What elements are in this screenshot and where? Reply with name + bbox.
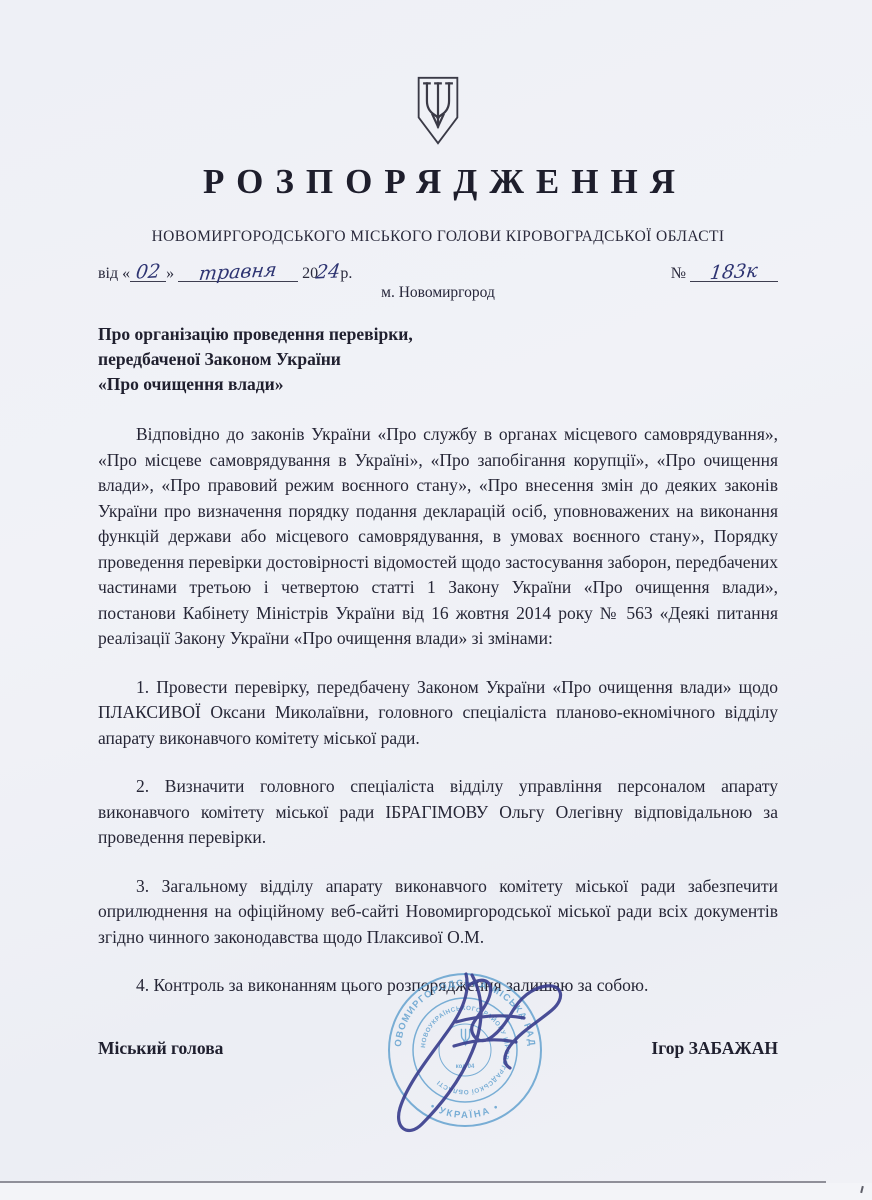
handwritten-month: травня [178, 265, 298, 282]
stamp-outer-top-text: НОВОМИРГОРОДСЬКА МІСЬКА РАДА [372, 956, 537, 1047]
scan-edge-strip [0, 1183, 872, 1200]
subject-line-3: «Про очищення влади» [98, 372, 778, 397]
item-paragraph-1: 1. Провести перевірку, передбачену Закон… [98, 675, 778, 752]
date-line: від «02» травня 2024р. [98, 261, 352, 283]
intro-paragraph: Відповідно до законів України «Про служб… [98, 422, 778, 652]
handwritten-day: 02 [130, 265, 166, 282]
svg-text:НОВОМИРГОРОДСЬКА МІСЬКА РАДА: НОВОМИРГОРОДСЬКА МІСЬКА РАДА [372, 956, 537, 1047]
scanned-document-page: РОЗПОРЯДЖЕННЯ НОВОМИРГОРОДСЬКОГО МІСЬКОГ… [0, 0, 872, 1200]
date-number-row: від «02» травня 2024р. № 183к [98, 261, 778, 283]
handwritten-number: 183к [690, 265, 778, 282]
document-content: РОЗПОРЯДЖЕННЯ НОВОМИРГОРОДСЬКОГО МІСЬКОГ… [98, 0, 778, 999]
handwritten-year: 24 [315, 260, 342, 283]
date-prefix: від « [98, 265, 130, 282]
ukraine-trident-emblem [412, 76, 464, 146]
item-paragraph-3: 3. Загальному відділу апарату виконавчог… [98, 874, 778, 951]
subject-line-2: передбаченої Законом України [98, 347, 778, 372]
document-type-title: РОЗПОРЯДЖЕННЯ [98, 162, 778, 202]
document-number: № 183к [671, 265, 778, 283]
signer-position: Міський голова [98, 1038, 223, 1059]
item-paragraph-2: 2. Визначити головного спеціаліста відді… [98, 774, 778, 851]
number-label: № [671, 265, 686, 282]
subject-line-1: Про організацію проведення перевірки, [98, 322, 778, 347]
year-suffix: р. [340, 265, 352, 282]
scan-edge-line [0, 1181, 826, 1183]
official-stamp-and-signature: НОВОМИРГОРОДСЬКА МІСЬКА РАДА • УКРАЇНА •… [372, 956, 596, 1152]
subject-block: Про організацію проведення перевірки, пе… [98, 322, 778, 397]
signer-name: Ігор ЗАБАЖАН [651, 1038, 778, 1059]
date-close-quote: » [166, 265, 174, 282]
issuing-authority-line: НОВОМИРГОРОДСЬКОГО МІСЬКОГО ГОЛОВИ КІРОВ… [98, 228, 778, 246]
place-line: м. Новомиргород [98, 284, 778, 302]
